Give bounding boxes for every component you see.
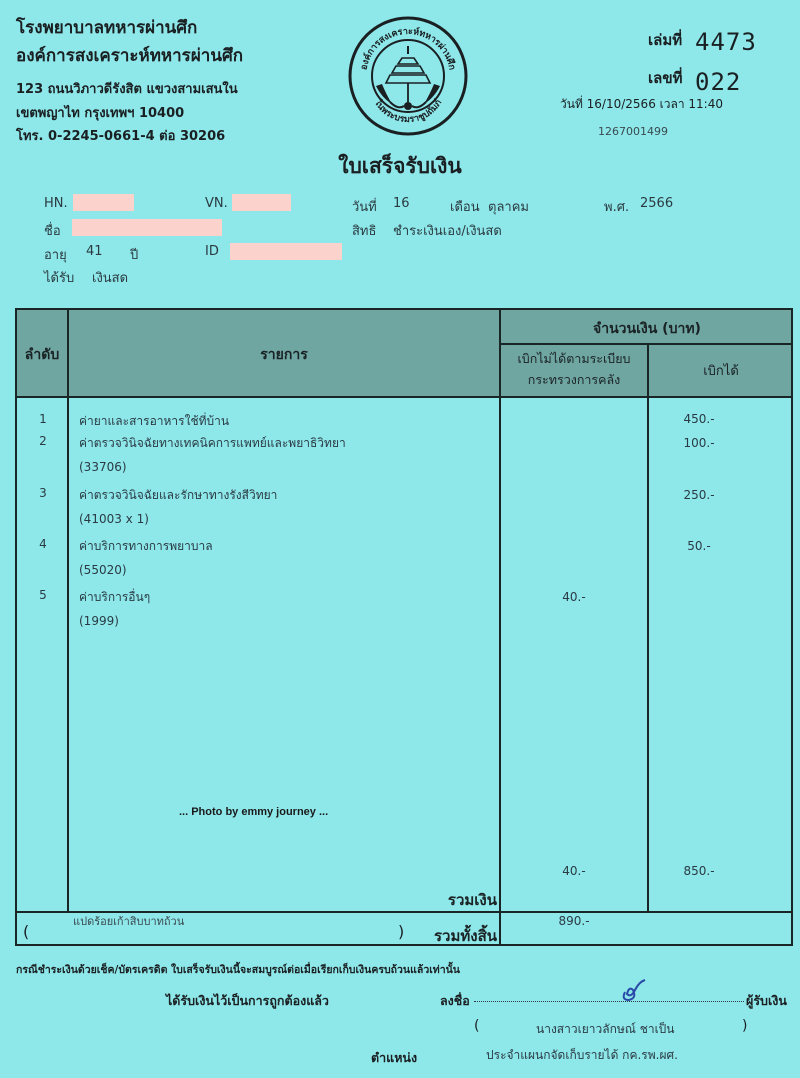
receipt-table: ลำดับ รายการ จำนวนเงิน (บาท) เบิกไม่ได้ต…	[15, 308, 793, 946]
row-code: (55020)	[79, 563, 127, 577]
issue-datetime: วันที่ 16/10/2566 เวลา 11:40	[560, 95, 723, 114]
position-label: ตำแหน่ง	[371, 1048, 417, 1068]
amount-in-words: แปดร้อยเก้าสิบบาทถ้วน	[73, 912, 184, 930]
header-claimable: เบิกได้	[649, 360, 793, 381]
header-seq: ลำดับ	[17, 344, 67, 366]
received-statement: ได้รับเงินไว้เป็นการถูกต้องแล้ว	[166, 991, 329, 1011]
id-redacted	[230, 243, 342, 260]
row-seq: 1	[17, 412, 69, 426]
sign-label: ลงชื่อ	[440, 991, 470, 1011]
paren-open: (	[23, 922, 29, 941]
hospital-name: โรงพยาบาลทหารผ่านศึก	[16, 14, 197, 41]
vn-label: VN.	[205, 196, 228, 211]
document-title: ใบเสร็จรับเงิน	[0, 150, 800, 183]
year-value: 2566	[640, 196, 673, 211]
receiver-label: ผู้รับเงิน	[746, 991, 787, 1011]
name-label: ชื่อ	[44, 220, 61, 241]
received-value: เงินสด	[92, 267, 128, 288]
total-amount: 890.-	[501, 914, 647, 928]
phone-number: โทร. 0-2245-0661-4 ต่อ 30206	[16, 125, 225, 146]
row-claimable: 50.-	[649, 539, 749, 553]
total-label: รวมทั้งสิ้น	[397, 924, 497, 948]
vn-redacted	[232, 194, 291, 211]
subtotal-non-claimable: 40.-	[501, 864, 647, 878]
address-line-1: 123 ถนนวิภาวดีรังสิต แขวงสามเสนใน	[16, 78, 238, 99]
header-item: รายการ	[69, 344, 499, 366]
header-amount-group: จำนวนเงิน (บาท)	[501, 318, 793, 340]
signature-line	[474, 1001, 744, 1002]
royal-seal-emblem-icon: องค์การสงเคราะห์ทหารผ่านศึก ในพระบรมราชู…	[346, 14, 470, 138]
name-paren-open: (	[474, 1018, 479, 1034]
header-non-claimable-line1: เบิกไม่ได้ตามระเบียบ	[501, 349, 647, 369]
row-code: (1999)	[79, 614, 119, 628]
name-redacted	[72, 219, 222, 236]
parent-organization: องค์การสงเคราะห์ทหารผ่านศึก	[16, 42, 243, 69]
photo-watermark: ... Photo by emmy journey ...	[179, 806, 328, 818]
row-non-claimable: 40.-	[501, 590, 647, 604]
signature-mark-icon	[617, 978, 647, 1010]
day-value: 16	[393, 196, 410, 211]
row-code: (33706)	[79, 460, 127, 474]
age-value: 41	[86, 244, 103, 259]
id-label: ID	[205, 244, 219, 259]
subtotal-claimable: 850.-	[649, 864, 749, 878]
cashier-name: นางสาวเยาวลักษณ์ ชาเป็น	[536, 1020, 675, 1039]
name-paren-close: )	[742, 1018, 747, 1034]
age-unit: ปี	[130, 244, 138, 265]
age-label: อายุ	[44, 244, 67, 265]
header-non-claimable-line2: กระทรวงการคลัง	[501, 370, 647, 390]
entitlement-label: สิทธิ	[352, 220, 376, 241]
row-item: ค่าตรวจวินิจฉัยและรักษาทางรังสีวิทยา	[79, 486, 277, 505]
receipt-number-label: เลขที่	[648, 66, 682, 90]
entitlement-value: ชำระเงินเอง/เงินสด	[393, 220, 502, 241]
row-seq: 5	[17, 588, 69, 602]
date-label: วันที่	[352, 196, 377, 217]
row-item: ค่าบริการทางการพยาบาล	[79, 537, 213, 556]
row-code: (41003 x 1)	[79, 512, 149, 526]
position-value: ประจำแผนกจัดเก็บรายได้ กค.รพ.ผศ.	[486, 1046, 678, 1065]
row-seq: 4	[17, 537, 69, 551]
row-item: ค่ายาและสารอาหารใช้ที่บ้าน	[79, 412, 229, 431]
received-label: ได้รับ	[44, 267, 74, 288]
book-number: 4473	[695, 28, 757, 56]
book-number-label: เล่มที่	[648, 28, 682, 52]
year-label: พ.ศ.	[604, 196, 629, 217]
hn-redacted	[73, 194, 134, 211]
reference-number: 1267001499	[598, 125, 668, 138]
receipt-number: 022	[695, 68, 741, 96]
row-claimable: 100.-	[649, 436, 749, 450]
row-item: ค่าตรวจวินิจฉัยทางเทคนิคการแพทย์และพยาธิ…	[79, 434, 346, 453]
row-item: ค่าบริการอื่นๆ	[79, 588, 150, 607]
row-claimable: 250.-	[649, 488, 749, 502]
subtotal-label: รวมเงิน	[397, 888, 497, 912]
month-label: เดือน	[450, 196, 480, 217]
hn-label: HN.	[44, 196, 68, 211]
payment-note: กรณีชำระเงินด้วยเช็ค/บัตรเครดิต ใบเสร็จร…	[16, 961, 460, 978]
row-seq: 3	[17, 486, 69, 500]
row-claimable: 450.-	[649, 412, 749, 426]
month-value: ตุลาคม	[488, 196, 529, 217]
row-seq: 2	[17, 434, 69, 448]
address-line-2: เขตพญาไท กรุงเทพฯ 10400	[16, 102, 184, 123]
